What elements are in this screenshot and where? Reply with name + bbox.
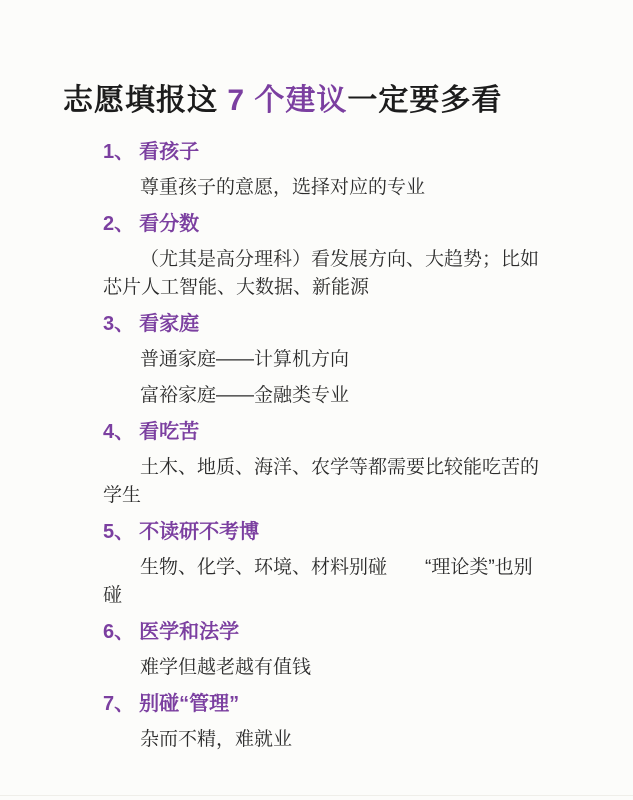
- section-2-line-1: （尤其是高分理科）看发展方向、大趋势；比如: [103, 246, 563, 274]
- section-1-number: 1、: [103, 141, 134, 163]
- section-3-line-2: 富裕家庭——金融类专业: [103, 382, 563, 410]
- section-4-heading: 4、看吃苦: [103, 418, 563, 446]
- document-page: 志愿填报这 7 个建议一定要多看 1、看孩子 尊重孩子的意愿，选择对应的专业 2…: [0, 0, 633, 800]
- section-4-line-2: 学生: [103, 482, 563, 510]
- section-4-number: 4、: [103, 421, 134, 443]
- section-1-title: 看孩子: [139, 141, 199, 163]
- section-5-number: 5、: [103, 521, 134, 543]
- section-2-title: 看分数: [139, 213, 199, 235]
- section-6-title: 医学和法学: [139, 621, 239, 643]
- section-2-number: 2、: [103, 213, 134, 235]
- page-title: 志愿填报这 7 个建议一定要多看: [63, 84, 490, 118]
- section-4-title: 看吃苦: [139, 421, 199, 443]
- section-4-line-1: 土木、地质、海洋、农学等都需要比较能吃苦的: [103, 454, 563, 482]
- section-5-line-1: 生物、化学、环境、材料别碰 “理论类”也别: [103, 554, 563, 582]
- section-7-title: 别碰“管理”: [139, 693, 239, 715]
- section-7-line-1: 杂而不精，难就业: [103, 726, 563, 754]
- document-content: 志愿填报这 7 个建议一定要多看 1、看孩子 尊重孩子的意愿，选择对应的专业 2…: [103, 84, 563, 754]
- page-bottom-edge: [0, 795, 633, 796]
- section-6-heading: 6、医学和法学: [103, 618, 563, 646]
- section-6-line-1: 难学但越老越有值钱: [103, 654, 563, 682]
- section-3-heading: 3、看家庭: [103, 310, 563, 338]
- section-6-number: 6、: [103, 621, 134, 643]
- section-5-heading: 5、不读研不考博: [103, 518, 563, 546]
- section-2-line-2: 芯片人工智能、大数据、新能源: [103, 274, 563, 302]
- title-prefix: 志愿填报这: [63, 84, 227, 117]
- title-highlight: 7 个建议: [227, 84, 347, 117]
- section-3-number: 3、: [103, 313, 134, 335]
- section-7-heading: 7、别碰“管理”: [103, 690, 563, 718]
- section-5-title: 不读研不考博: [139, 521, 259, 543]
- section-7-number: 7、: [103, 693, 134, 715]
- section-2-heading: 2、看分数: [103, 210, 563, 238]
- section-3-title: 看家庭: [139, 313, 199, 335]
- section-1-heading: 1、看孩子: [103, 138, 563, 166]
- section-1-line-1: 尊重孩子的意愿，选择对应的专业: [103, 174, 563, 202]
- title-suffix: 一定要多看: [347, 84, 502, 117]
- section-3-line-1: 普通家庭——计算机方向: [103, 346, 563, 374]
- section-5-line-2: 碰: [103, 582, 563, 610]
